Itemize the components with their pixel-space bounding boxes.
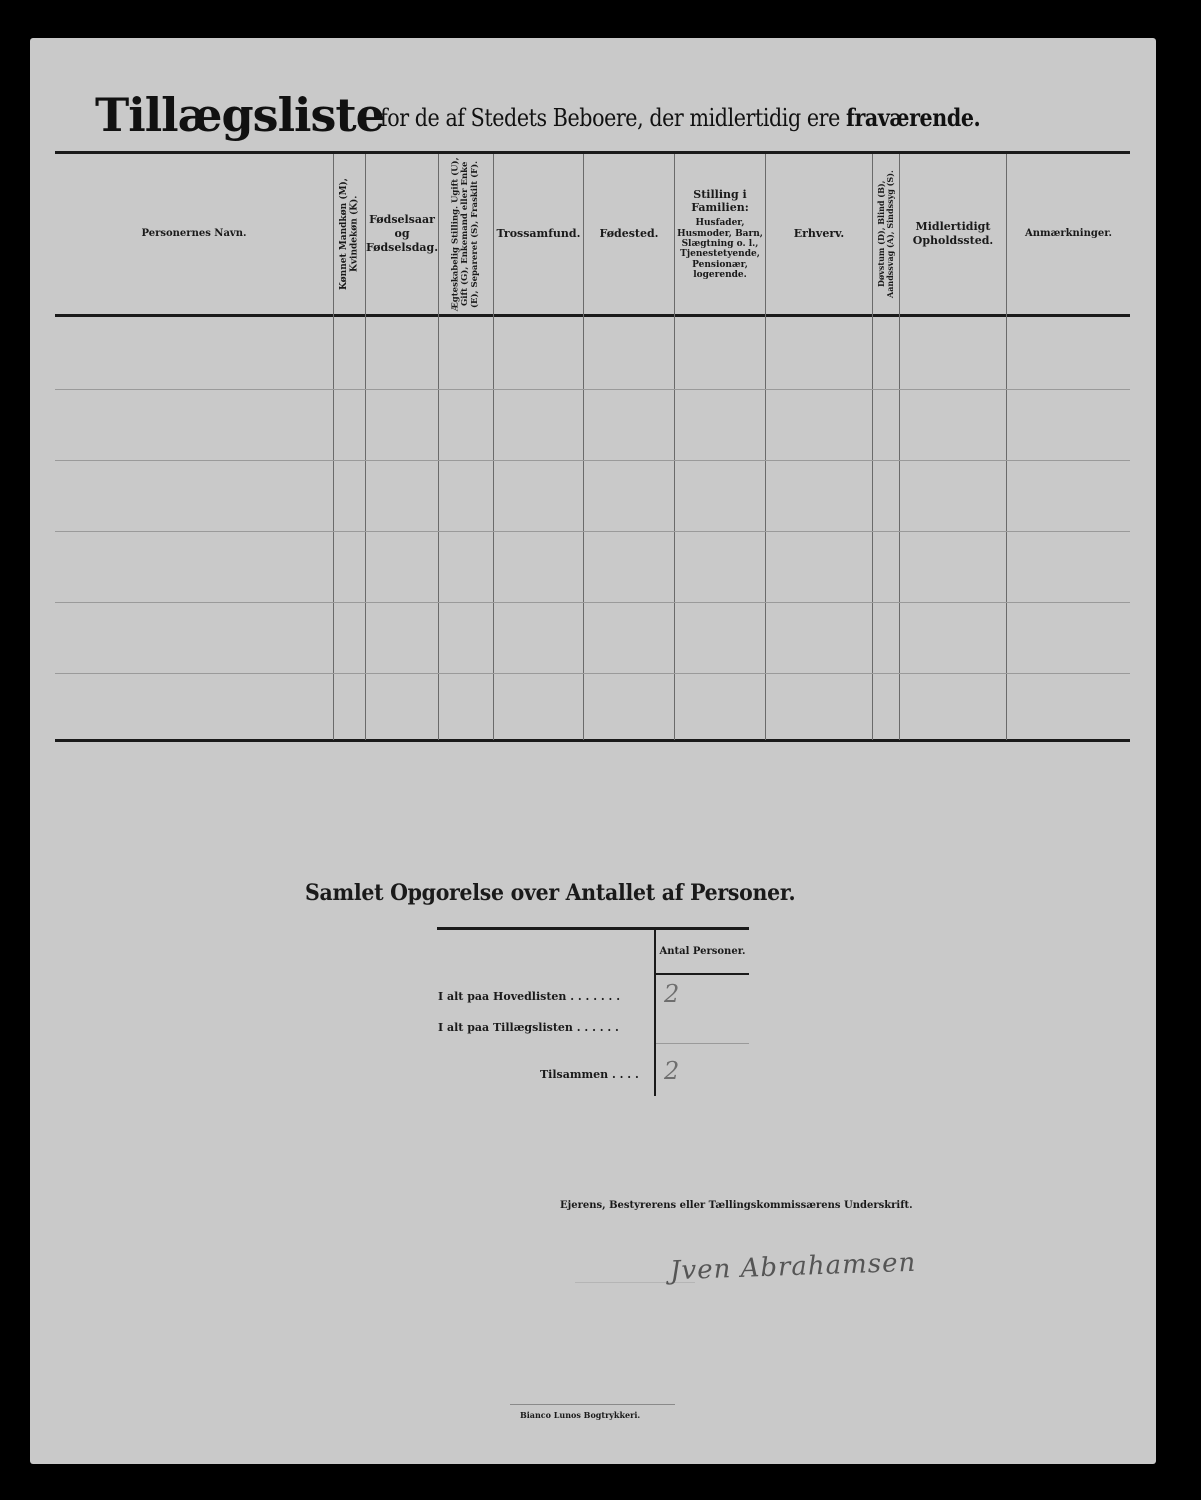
header-disability: Døvstum (D), Blind (B), Aandssvag (A), S…: [873, 157, 899, 311]
header-sex: Kønnet Mandkøn (M), Kvindekøn (K).: [334, 157, 365, 311]
subtitle-text: for de af Stedets Beboere, der midlertid…: [380, 104, 840, 132]
row-divider: [55, 673, 1130, 674]
summary-title: Samlet Opgorelse over Antallet af Person…: [305, 880, 795, 906]
table-header-rule: [55, 314, 1130, 317]
summary-label-total: Tilsammen . . . .: [540, 1068, 639, 1081]
summary-count-header: Antal Personer.: [656, 932, 749, 972]
form-title: Tillægsliste: [95, 92, 384, 138]
summary-header-rule: [656, 973, 749, 975]
summary-value-main-list: 2: [664, 980, 679, 1008]
header-marital: Ægteskabelig Stilling. Ugift (U), Gift (…: [439, 157, 493, 311]
printer-imprint: Bianco Lunos Bogtrykkeri.: [520, 1410, 640, 1420]
header-name: Personernes Navn.: [55, 155, 333, 313]
header-occupation: Erhverv.: [766, 155, 872, 313]
row-divider: [55, 460, 1130, 461]
row-divider: [55, 389, 1130, 390]
table-top-rule: [55, 151, 1130, 154]
row-divider: [55, 531, 1130, 532]
summary-label-supplement-list: I alt paa Tillægslisten . . . . . .: [438, 1021, 619, 1034]
header-religion: Trossamfund.: [494, 155, 583, 313]
header-birth: Fødselsaar og Fødselsdag.: [366, 155, 438, 313]
header-temp-residence: Midlertidigt Opholdssted.: [900, 155, 1006, 313]
header-family-title: Stilling i Familien:: [675, 188, 765, 216]
header-family-position: Stilling i Familien: Husfader, Husmoder,…: [675, 155, 765, 313]
signature-caption: Ejerens, Bestyrerens eller Tællingskommi…: [560, 1200, 913, 1211]
header-family-options: Husfader, Husmoder, Barn, Slægtning o. l…: [675, 218, 765, 280]
row-divider: [55, 602, 1130, 603]
header-remarks: Anmærkninger.: [1007, 155, 1130, 313]
summary-row-divider: [656, 1043, 749, 1044]
subtitle-emphasis: fraværende.: [846, 103, 980, 132]
summary-value-total: 2: [664, 1057, 679, 1085]
summary-top-rule: [437, 927, 749, 930]
summary-label-main-list: I alt paa Hovedlisten . . . . . . .: [438, 990, 620, 1003]
printer-rule: [510, 1404, 675, 1405]
header-birthplace: Fødested.: [584, 155, 674, 313]
form-subtitle: for de af Stedets Beboere, der midlertid…: [380, 106, 980, 130]
table-bottom-rule: [55, 739, 1130, 742]
